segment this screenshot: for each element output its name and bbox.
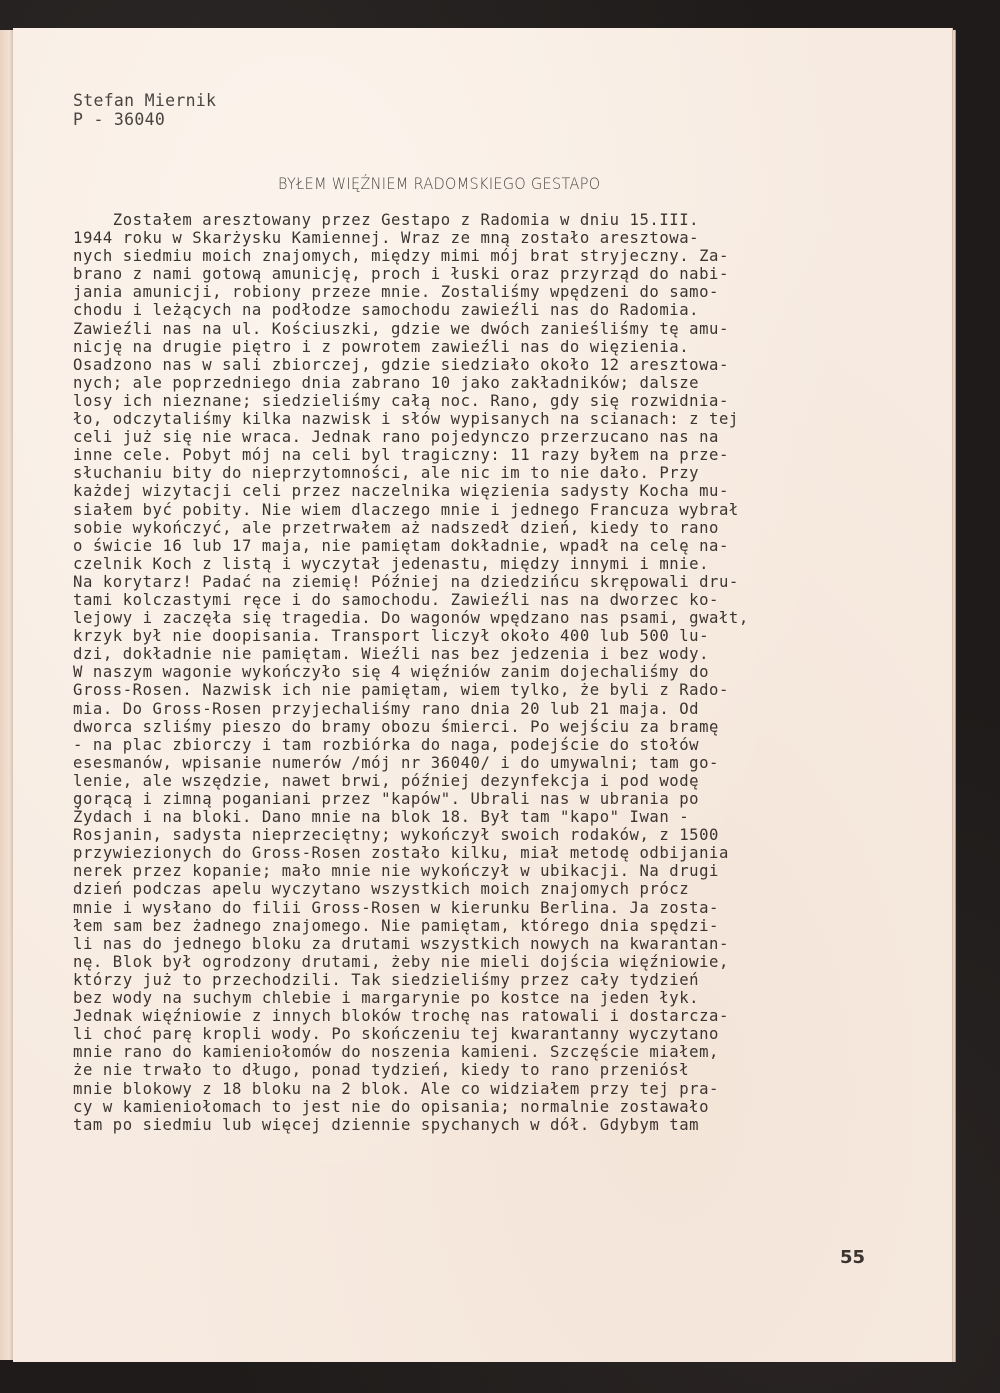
text-line: Zostałem aresztowany przez Gestapo z Rad… bbox=[73, 211, 963, 229]
text-line: nicję na drugie piętro i z powrotem zawi… bbox=[73, 338, 963, 356]
text-line: Osadzono nas w sali zbiorczej, gdzie sie… bbox=[73, 356, 963, 374]
text-line: lenie, ale wszędzie, nawet brwi, później… bbox=[73, 772, 963, 790]
text-line bbox=[73, 1134, 963, 1152]
text-line: inne cele. Pobyt mój na celi byl tragicz… bbox=[73, 446, 963, 464]
text-line: 1944 roku w Skarżysku Kamiennej. Wraz ze… bbox=[73, 229, 963, 247]
text-line: li nas do jednego bloku za drutami wszys… bbox=[73, 935, 963, 953]
text-line: - na plac zbiorczy i tam rozbiórka do na… bbox=[73, 736, 963, 754]
text-line: mnie rano do kamieniołomów do noszenia k… bbox=[73, 1043, 963, 1061]
text-line: mia. Do Gross-Rosen przyjechaliśmy rano … bbox=[73, 700, 963, 718]
text-line: o świcie 16 lub 17 maja, nie pamiętam do… bbox=[73, 537, 963, 555]
text-line: Na korytarz! Padać na ziemię! Później na… bbox=[73, 573, 963, 591]
text-line: Jednak więźniowie z innych bloków trochę… bbox=[73, 1007, 963, 1025]
body-text: Zostałem aresztowany przez Gestapo z Rad… bbox=[73, 211, 963, 1152]
text-line: esesmanów, wpisanie numerów /mój nr 3604… bbox=[73, 754, 963, 772]
text-line: słuchaniu bity do nieprzytomności, ale n… bbox=[73, 464, 963, 482]
text-line: nę. Blok był ogrodzony drutami, żeby nie… bbox=[73, 953, 963, 971]
text-line: że nie trwało to długo, ponad tydzień, k… bbox=[73, 1061, 963, 1079]
text-line: tam po siedmiu lub więcej dziennie spych… bbox=[73, 1116, 963, 1134]
text-line: bez wody na suchym chlebie i margarynie … bbox=[73, 989, 963, 1007]
text-line: ło, odczytaliśmy kilka nazwisk i słów wy… bbox=[73, 410, 963, 428]
text-line: Zawieźli nas na ul. Kościuszki, gdzie we… bbox=[73, 320, 963, 338]
document-title: BYŁEM WIĘŹNIEM RADOMSKIEGO GESTAPO bbox=[278, 174, 601, 193]
text-line: sobie wykończyć, ale przetrwałem aż nads… bbox=[73, 519, 963, 537]
document-page: Stefan Miernik P - 36040 BYŁEM WIĘŹNIEM … bbox=[13, 28, 952, 1362]
text-line: jania amunicji, robiony przeze mnie. Zos… bbox=[73, 283, 963, 301]
text-line: chodu i leżących na podłodze samochodu z… bbox=[73, 301, 963, 319]
text-line: krzyk był nie doopisania. Transport licz… bbox=[73, 627, 963, 645]
text-line: cy w kamieniołomach to jest nie do opisa… bbox=[73, 1098, 963, 1116]
text-line: dzi, dokładnie nie pamiętam. Wieźli nas … bbox=[73, 645, 963, 663]
text-line: tami kolczastymi ręce i do samochodu. Za… bbox=[73, 591, 963, 609]
prisoner-number: P - 36040 bbox=[73, 110, 165, 129]
text-line: którzy już to przechodzili. Tak siedziel… bbox=[73, 971, 963, 989]
text-line: Gross-Rosen. Nazwisk ich nie pamiętam, w… bbox=[73, 681, 963, 699]
text-line: każdej wizytacji celi przez naczelnika w… bbox=[73, 482, 963, 500]
text-line: czelnik Koch z listą i wyczytał jedenast… bbox=[73, 555, 963, 573]
text-line: Żydach i na bloki. Dano mnie na blok 18.… bbox=[73, 808, 963, 826]
author-name: Stefan Miernik bbox=[73, 91, 216, 110]
text-line: lejowy i zaczęła się tragedia. Do wagonó… bbox=[73, 609, 963, 627]
text-line: nych; ale poprzedniego dnia zabrano 10 j… bbox=[73, 374, 963, 392]
text-line: dworca szliśmy pieszo do bramy obozu śmi… bbox=[73, 718, 963, 736]
book-spine-edge bbox=[0, 30, 14, 1360]
text-line: łem sam bez żadnego znajomego. Nie pamię… bbox=[73, 917, 963, 935]
text-line: siałem być pobity. Nie wiem dlaczego mni… bbox=[73, 501, 963, 519]
page-number: 55 bbox=[840, 1247, 865, 1268]
text-line: W naszym wagonie wykończyło się 4 więźni… bbox=[73, 663, 963, 681]
text-line: li choć parę kropli wody. Po skończeniu … bbox=[73, 1025, 963, 1043]
text-line: gorącą i zimną poganiani przez "kapów". … bbox=[73, 790, 963, 808]
text-line: nych siedmiu moich znajomych, między mim… bbox=[73, 247, 963, 265]
text-line: nerek przez kopanie; mało mnie nie wykoń… bbox=[73, 862, 963, 880]
text-line: dzień podczas apelu wyczytano wszystkich… bbox=[73, 880, 963, 898]
text-line: Rosjanin, sadysta nieprzeciętny; wykończ… bbox=[73, 826, 963, 844]
text-line: brano z nami gotową amunicję, proch i łu… bbox=[73, 265, 963, 283]
text-line: przywiezionych do Gross-Rosen zostało ki… bbox=[73, 844, 963, 862]
text-line: celi już się nie wraca. Jednak rano poje… bbox=[73, 428, 963, 446]
text-line: mnie blokowy z 18 bloku na 2 blok. Ale c… bbox=[73, 1080, 963, 1098]
text-line: mnie i wysłano do filii Gross-Rosen w ki… bbox=[73, 899, 963, 917]
text-line: losy ich nieznane; siedzieliśmy całą noc… bbox=[73, 392, 963, 410]
